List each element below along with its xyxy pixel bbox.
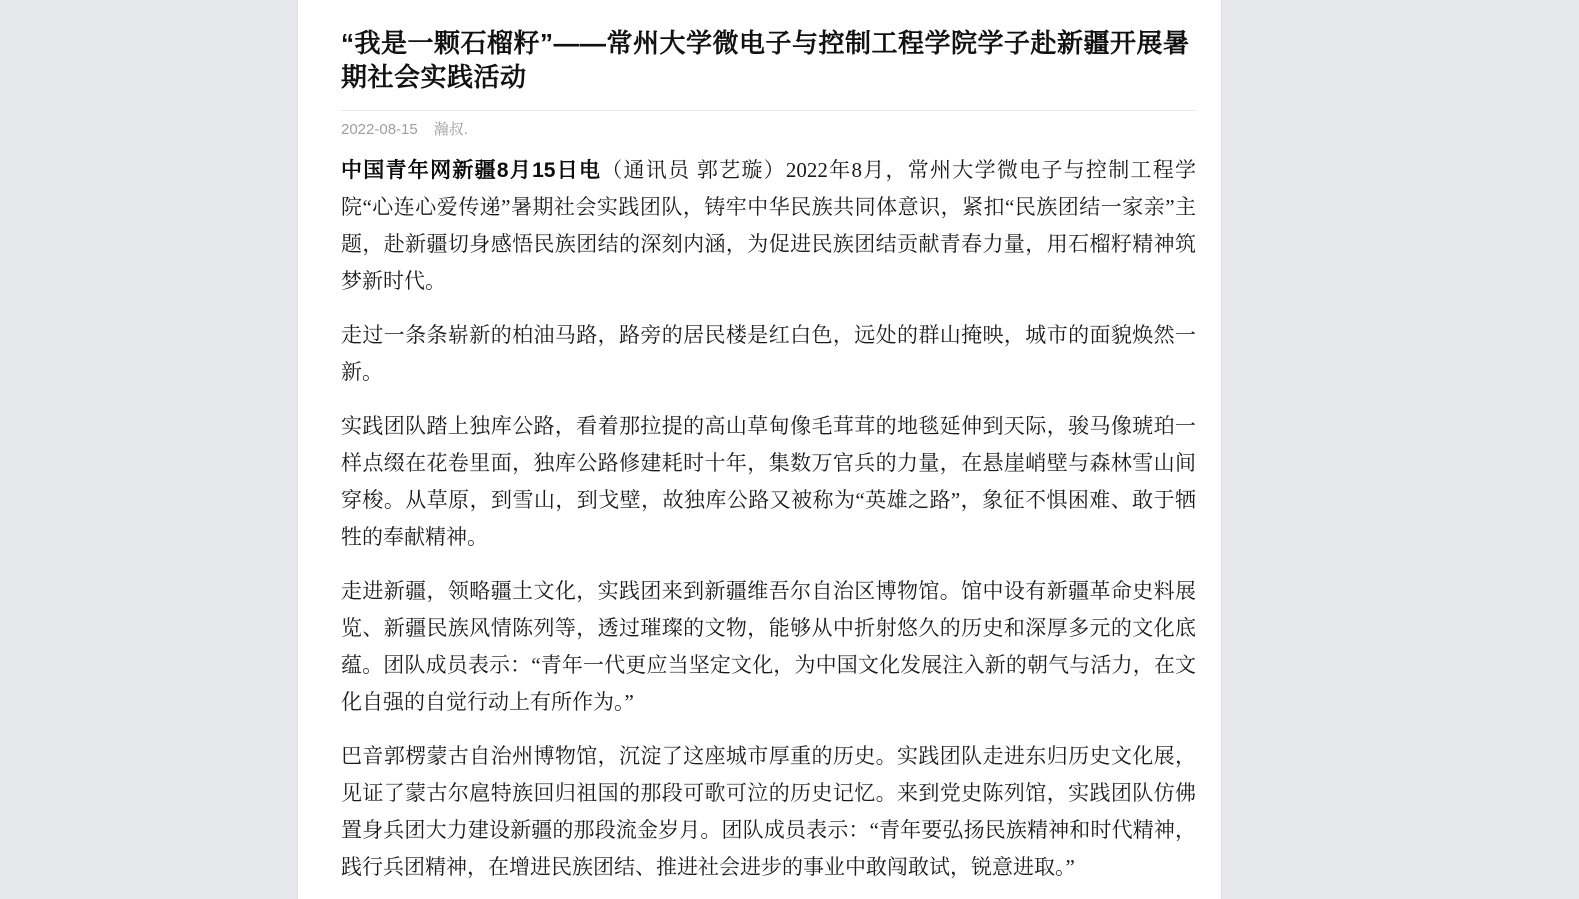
- article-paragraph-2: 走过一条条崭新的柏油马路，路旁的居民楼是红白色，远处的群山掩映，城市的面貌焕然一…: [341, 317, 1196, 391]
- article-body: 中国青年网新疆8月15日电（通讯员 郭艺璇）2022年8月，常州大学微电子与控制…: [341, 152, 1196, 886]
- article-content: “我是一颗石榴籽”——常州大学微电子与控制工程学院学子赴新疆开展暑期社会实践活动…: [298, 0, 1221, 886]
- article-title: “我是一颗石榴籽”——常州大学微电子与控制工程学院学子赴新疆开展暑期社会实践活动: [341, 26, 1196, 94]
- article-meta: 2022-08-15 瀚叔.: [341, 121, 1196, 139]
- article-paragraph-3: 实践团队踏上独库公路，看着那拉提的高山草甸像毛茸茸的地毯延伸到天际，骏马像琥珀一…: [341, 408, 1196, 556]
- author-name: 瀚叔.: [434, 121, 468, 139]
- article-paragraph-1: 中国青年网新疆8月15日电（通讯员 郭艺璇）2022年8月，常州大学微电子与控制…: [341, 152, 1196, 300]
- news-agency-lead: 中国青年网新疆8月15日电: [341, 159, 601, 182]
- article-paragraph-5: 巴音郭楞蒙古自治州博物馆，沉淀了这座城市厚重的历史。实践团队走进东归历史文化展，…: [341, 738, 1196, 886]
- article-panel: “我是一颗石榴籽”——常州大学微电子与控制工程学院学子赴新疆开展暑期社会实践活动…: [297, 0, 1222, 899]
- article-header: “我是一颗石榴籽”——常州大学微电子与控制工程学院学子赴新疆开展暑期社会实践活动: [341, 26, 1196, 111]
- article-paragraph-4: 走进新疆，领略疆土文化，实践团来到新疆维吾尔自治区博物馆。馆中设有新疆革命史料展…: [341, 573, 1196, 721]
- publish-date: 2022-08-15: [341, 121, 418, 139]
